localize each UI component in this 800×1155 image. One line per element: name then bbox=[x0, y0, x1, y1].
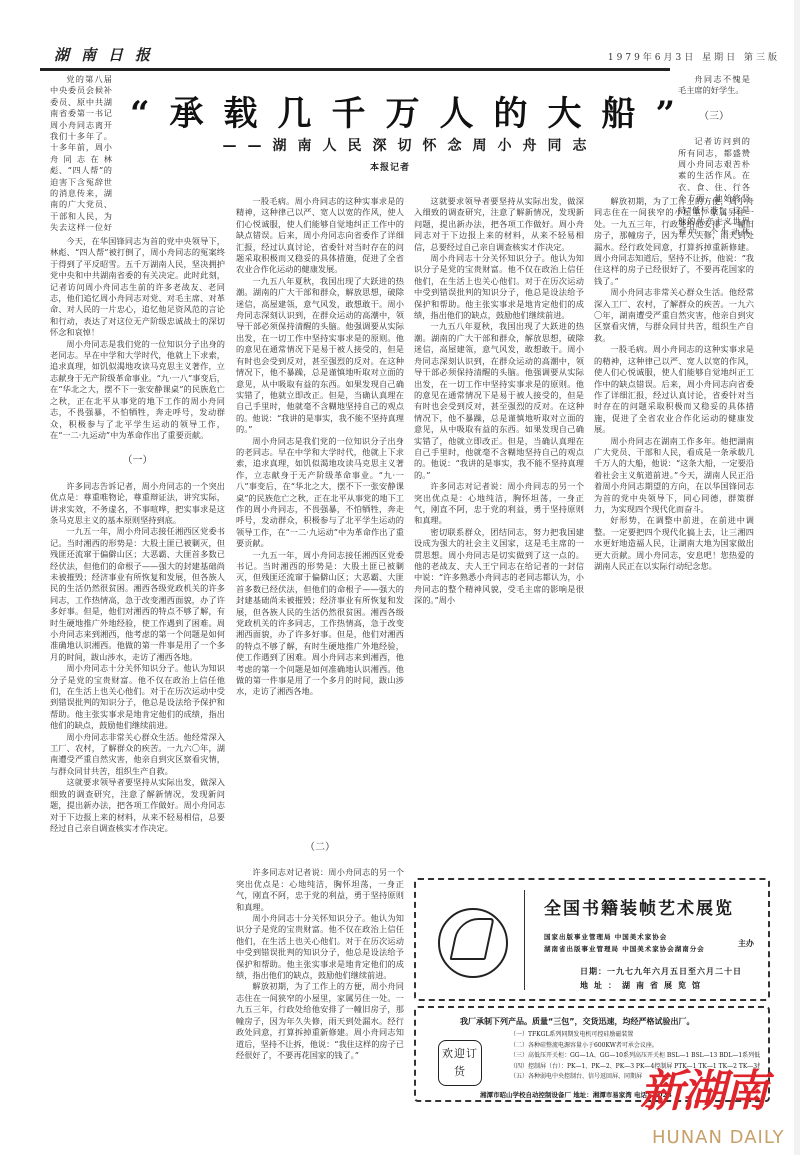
section-two-marker: （二） bbox=[236, 842, 404, 853]
body-column-3: 这就要求领导者要坚持从实际出发，做深入细致的调查研究，注意了解新情况，发现新问题… bbox=[414, 196, 584, 816]
exhibition-title: 全国书籍装帧艺术展览 bbox=[544, 894, 734, 919]
newspaper-title: 湖南日报 bbox=[54, 44, 162, 65]
body-paragraph: 周小舟同志是我们党的一位知识分子出身的老同志。早在中学和大学时代，他就上下求索，… bbox=[236, 436, 404, 550]
body-column-4: 解放初期，为了工作上的方便，周小舟同志住在一间狭窄的小屋里，家属另住一处。一九五… bbox=[594, 196, 754, 816]
body-paragraph: 这就要求领导者要坚持从实际出发，做深入细致的调查研究，注意了解新情况，发现新问题… bbox=[50, 777, 225, 834]
body-paragraph: 周小舟同志十分关怀知识分子。他认为知识分子是党的宝贵财富。他不仅在政治上信任他们… bbox=[414, 253, 584, 321]
exhibition-date: 日期：一九七九年六月五日至六月二十日 bbox=[580, 966, 742, 977]
welcome-order-badge: 欢迎订货 bbox=[438, 1040, 482, 1086]
section-one-marker: （一） bbox=[50, 455, 225, 466]
body-paragraph: 今天，在华国锋同志为首的党中央领导下，林彪、“四人帮”被打倒了，周小舟同志的冤案… bbox=[50, 236, 225, 339]
body-paragraph: 周小舟同志十分关怀知识分子。他认为知识分子是党的宝贵财富。他不仅在政治上信任他们… bbox=[50, 663, 225, 731]
body-paragraph: 周小舟同志非常关心群众生活。他经常深入工厂、农村，了解群众的疾苦。一九六〇年，湖… bbox=[50, 732, 225, 778]
product-item: （一）TFKGL系列同期发电机可控硅励磁装置 bbox=[510, 1030, 760, 1041]
organizers-row-2: 湖南省出版事业管理局 中国美术家协会湖南分会 bbox=[544, 944, 705, 953]
body-paragraph: 这就要求领导者要坚持从实际出发，做深入细致的调查研究，注意了解新情况，发现新问题… bbox=[414, 196, 584, 253]
body-paragraph: 周小舟同志十分关怀知识分子。他认为知识分子是党的宝贵财富。他不仅在政治上信任他们… bbox=[236, 913, 404, 981]
body-paragraph: 密切联系群众，团结同志，努力把我国建设成为强大的社会主义国家，这是毛主席的一贯思… bbox=[414, 527, 584, 607]
masthead-rule bbox=[40, 68, 670, 71]
hunan-daily-watermark: 新湖南 HUNAN DAILY bbox=[630, 1055, 800, 1155]
factory-ad-headline: 我厂承制下列产品。质量“三包”，交货迅速，均经严格试验出厂。 bbox=[460, 1016, 695, 1027]
article-headline: “承载几千万人的大船” bbox=[130, 86, 650, 135]
body-paragraph: 一九五一年，周小舟同志接任湘西区党委书记。当时湘西的形势是：大股土匪已被剿灭，但… bbox=[50, 526, 225, 663]
section-three-marker: （三） bbox=[678, 111, 750, 122]
body-paragraph: 一九五八年夏秋，我国出现了大跃进的热潮。湖南的广大干部和群众，解放思想，破除迷信… bbox=[236, 276, 404, 436]
body-column-1: 今天，在华国锋同志为首的党中央领导下，林彪、“四人帮”被打倒了，周小舟同志的冤案… bbox=[50, 236, 225, 1146]
body-column-2-lower: （二） 许多同志对记者说：周小舟同志的另一个突出优点是：心地纯洁，胸怀坦荡，一身… bbox=[236, 828, 404, 1148]
exhibition-address: 地址：湖南省展览馆 bbox=[580, 980, 706, 991]
ad-divider bbox=[524, 890, 525, 990]
body-paragraph: 许多同志对记者说：周小舟同志的另一个突出优点是：心地纯洁，胸怀坦荡，一身正气，刚… bbox=[236, 867, 404, 913]
intro-right-paragraph: 舟同志不愧是毛主席的好学生。 bbox=[678, 74, 750, 97]
body-paragraph: 周小舟同志非常关心群众生活。他经常深入工厂、农村，了解群众的疾苦。一九六〇年，湖… bbox=[594, 287, 754, 344]
article-subheadline: ——湖南人民深切怀念周小舟同志 bbox=[200, 135, 620, 155]
host-label: 主办 bbox=[738, 938, 754, 949]
masthead: 湖南日报 1979年6月3日 星期日 第三版 bbox=[50, 44, 660, 66]
body-paragraph: 好形势，在调整中前进，在前进中调整。一定要把四个现代化搞上去，让三湘四水更好地造… bbox=[594, 515, 754, 572]
product-item: （二）各种硅整流电源容量小于600KW者可承会议座。 bbox=[510, 1041, 760, 1052]
article-byline: 本报记者 bbox=[330, 160, 450, 173]
body-paragraph: 许多同志对记者说：周小舟同志的另一个突出优点是：心地纯洁，胸怀坦荡，一身正气，刚… bbox=[414, 481, 584, 527]
body-paragraph: 一股毛病。周小舟同志的这种实事求是的精神，这种律己以严、宽人以宽的作风，使人们心… bbox=[594, 344, 754, 435]
body-paragraph: 周小舟同志是我们党的一位知识分子出身的老同志。早在中学和大学时代，他就上下求索，… bbox=[50, 339, 225, 442]
brand-logo-chinese: 新湖南 bbox=[640, 1055, 766, 1119]
body-paragraph: 一九五一年，周小舟同志接任湘西区党委书记。当时湘西的形势是：大股土匪已被剿灭，但… bbox=[236, 550, 404, 698]
body-paragraph: 一股毛病。周小舟同志的这种实事求是的精神，这种律己以严、宽人以宽的作风，使人们心… bbox=[236, 196, 404, 276]
page-edge bbox=[794, 0, 800, 1155]
body-paragraph: 一九五八年夏秋，我国出现了大跃进的热潮。湖南的广大干部和群众，解放思想，破除迷信… bbox=[414, 321, 584, 481]
issue-date-line: 1979年6月3日 星期日 第三版 bbox=[608, 50, 780, 63]
body-paragraph: 解放初期，为了工作上的方便，周小舟同志住在一间狭窄的小屋里，家属另住一处。一九五… bbox=[594, 196, 754, 287]
brand-logo-english: HUNAN DAILY bbox=[652, 1127, 784, 1148]
body-paragraph: 许多同志告诉记者，周小舟同志的一个突出优点是：尊重唯物论，尊重辩证法，讲究实际，… bbox=[50, 481, 225, 527]
newspaper-page: 湖南日报 1979年6月3日 星期日 第三版 “承载几千万人的大船” ——湖南人… bbox=[0, 0, 800, 1155]
book-logo-icon bbox=[438, 908, 508, 978]
organizers-row-1: 国家出版事业管理局 中国美术家协会 bbox=[544, 932, 667, 941]
exhibition-advertisement: 全国书籍装帧艺术展览 国家出版事业管理局 中国美术家协会 湖南省出版事业管理局 … bbox=[414, 878, 770, 1001]
intro-column-left: 党的第八届中央委员会候补委员、原中共湖南省委第一书记周小舟同志离开我们十多年了。… bbox=[50, 74, 112, 234]
intro-paragraph: 党的第八届中央委员会候补委员、原中共湖南省委第一书记周小舟同志离开我们十多年了。… bbox=[50, 74, 112, 234]
body-paragraph: 周小舟同志在湖南工作多年。他把湖南广大党员、干部和人民，看成是一条承载几千万人的… bbox=[594, 436, 754, 516]
body-paragraph: 解放初期，为了工作上的方便，周小舟同志住在一间狭窄的小屋里，家属另住一处。一九五… bbox=[236, 981, 404, 1061]
